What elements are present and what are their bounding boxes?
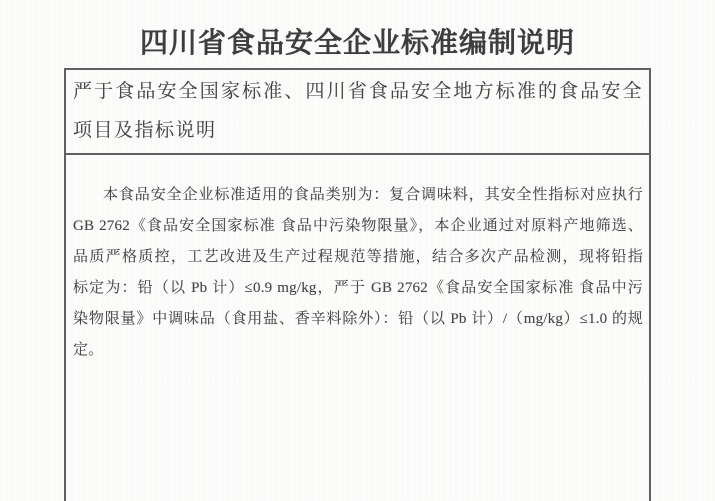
page-title: 四川省食品安全企业标准编制说明 bbox=[0, 26, 715, 60]
body-line: 品质严格质控，工艺改进及生产过程规范等措施，结合多次产品检测，现将铅指 bbox=[73, 242, 643, 273]
body-line: GB 2762《食品安全国家标准 食品中污染物限量》，本企业通过对原料产地筛选、 bbox=[73, 211, 643, 242]
body-line: 定。 bbox=[73, 335, 643, 366]
body-line: 染物限量》中调味品（食用盐、香辛料除外）：铅（以 Pb 计）/（mg/kg）≤1… bbox=[73, 304, 643, 335]
table-body-cell: 本食品安全企业标准适用的食品类别为：复合调味料，其安全性指标对应执行 GB 27… bbox=[66, 155, 649, 366]
document-page: 四川省食品安全企业标准编制说明 严于食品安全国家标准、四川省食品安全地方标准的食… bbox=[0, 0, 715, 501]
body-line: 标定为：铅（以 Pb 计）≤0.9 mg/kg，严于 GB 2762《食品安全国… bbox=[73, 273, 643, 304]
header-line: 项目及指标说明 bbox=[73, 111, 643, 150]
table-header-cell: 严于食品安全国家标准、四川省食品安全地方标准的食品安全 项目及指标说明 bbox=[66, 70, 649, 155]
body-line: 本食品安全企业标准适用的食品类别为：复合调味料，其安全性指标对应执行 bbox=[73, 180, 643, 211]
header-line: 严于食品安全国家标准、四川省食品安全地方标准的食品安全 bbox=[73, 72, 643, 111]
standards-table: 严于食品安全国家标准、四川省食品安全地方标准的食品安全 项目及指标说明 本食品安… bbox=[64, 68, 651, 501]
